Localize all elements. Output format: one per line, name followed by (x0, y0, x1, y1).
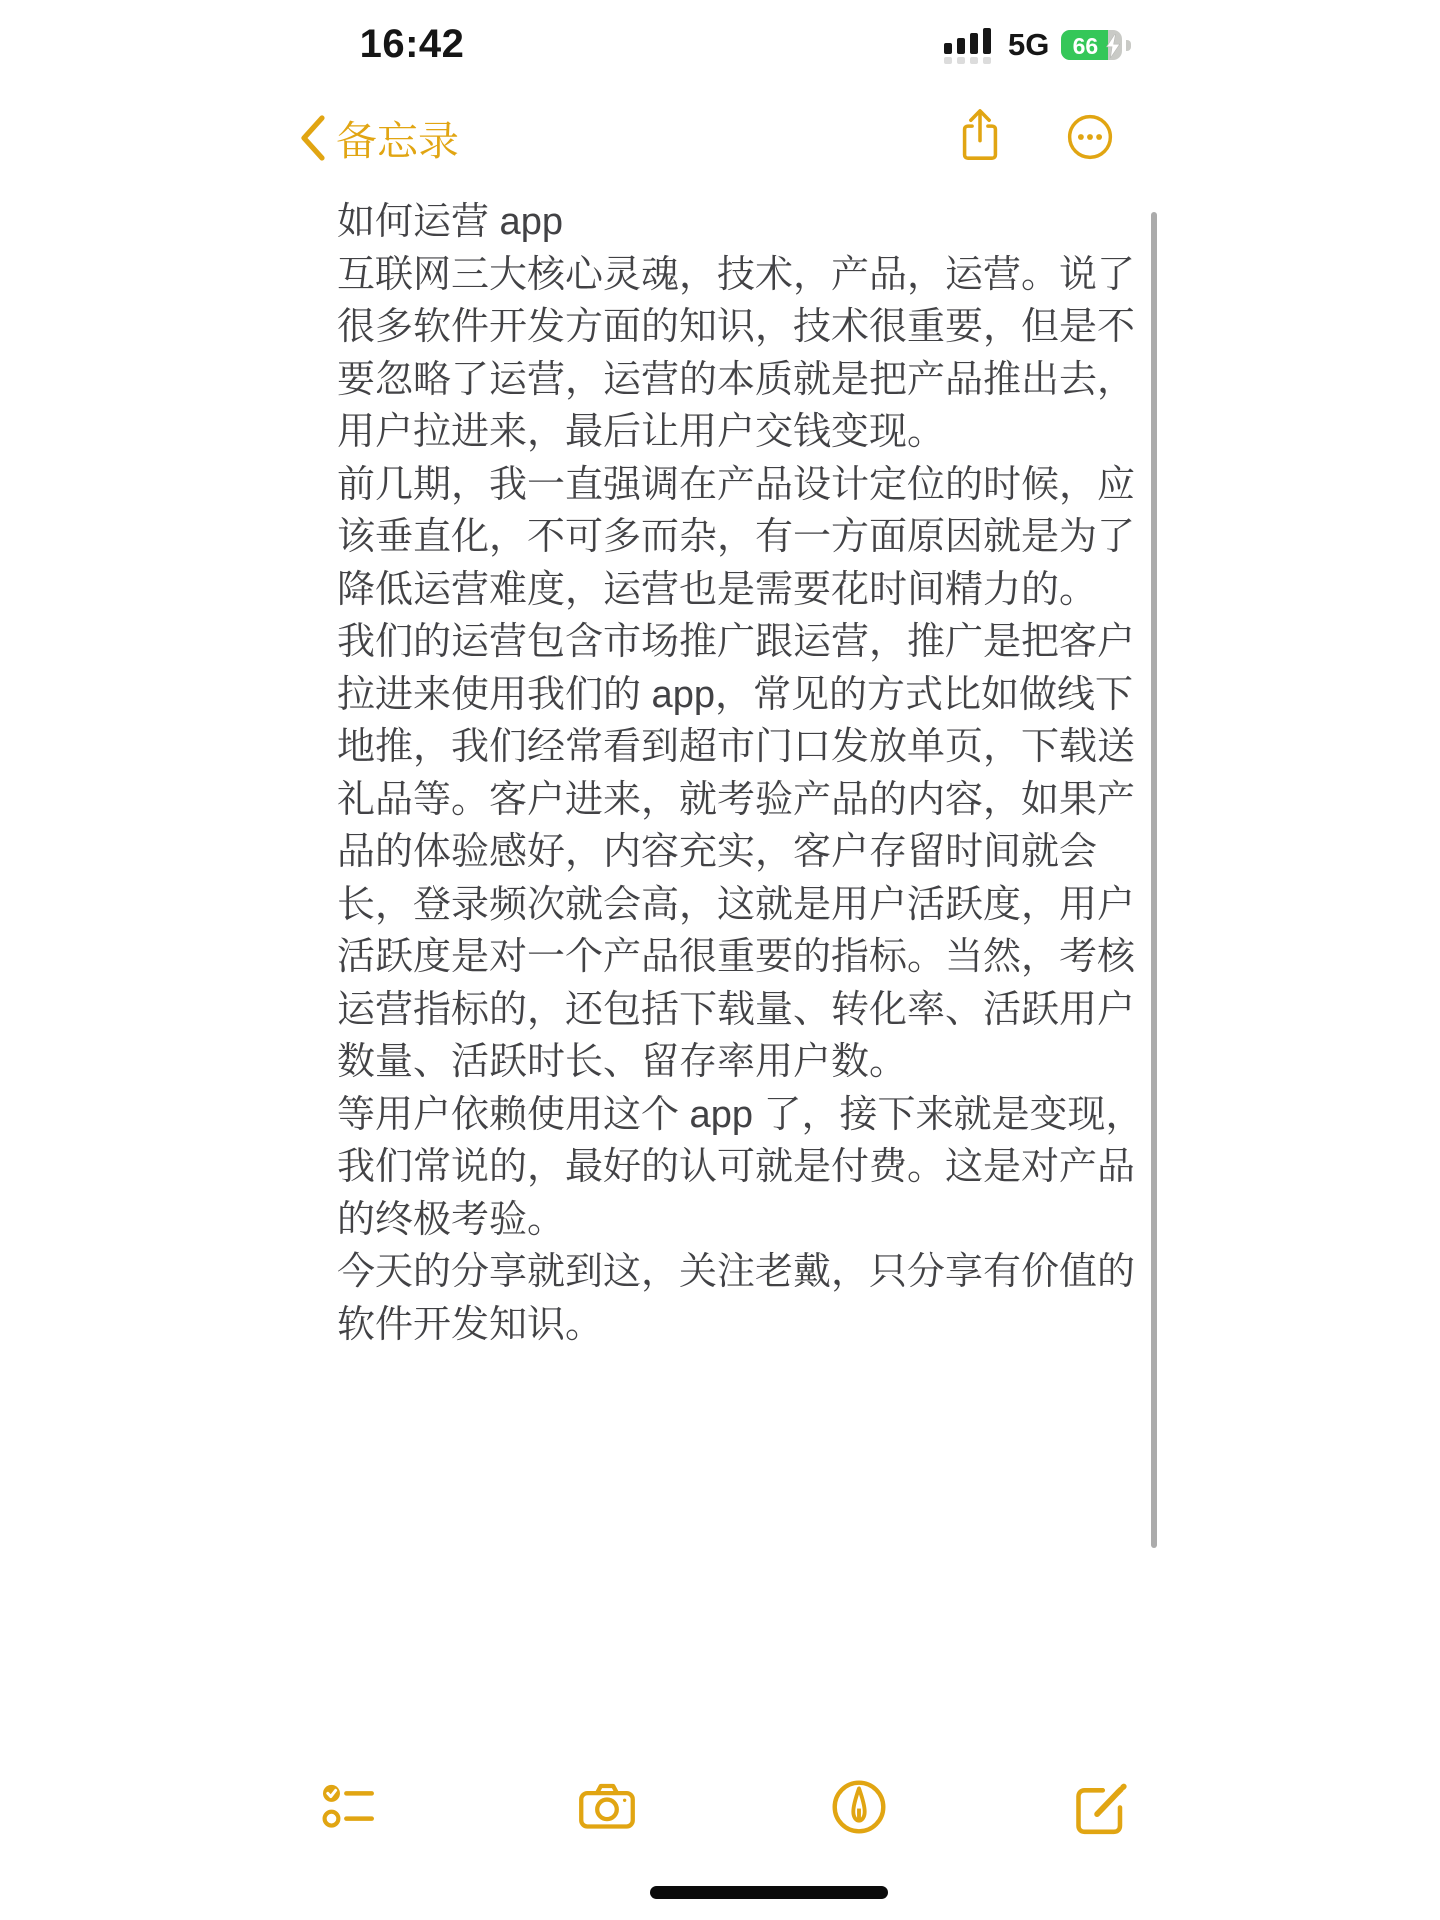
note-line: 降低运营难度，运营也是需要花时间精力的。 (337, 564, 1147, 617)
checklist-icon (320, 1777, 382, 1835)
camera-icon (576, 1779, 638, 1833)
network-type-label: 5G (1008, 27, 1049, 63)
note-line: 拉进来使用我们的 app，常见的方式比如做线下 (337, 669, 1147, 722)
scrollbar[interactable] (1151, 212, 1157, 1548)
markup-button[interactable] (828, 1776, 890, 1838)
back-button[interactable]: 备忘录 (300, 108, 459, 167)
status-time: 16:42 (352, 22, 472, 67)
compose-button[interactable] (1068, 1776, 1130, 1838)
note-line: 等用户依赖使用这个 app 了，接下来就是变现， (337, 1089, 1147, 1142)
markup-pen-icon (828, 1776, 890, 1838)
camera-button[interactable] (576, 1776, 638, 1838)
note-line: 数量、活跃时长、留存率用户数。 (337, 1036, 1147, 1089)
note-body[interactable]: 如何运营 app 互联网三大核心灵魂，技术，产品，运营。说了很多软件开发方面的知… (337, 196, 1147, 1351)
notes-app-screen: 16:42 5G 66 备忘录 (0, 0, 1440, 1920)
note-line: 长，登录频次就会高，这就是用户活跃度，用户 (337, 879, 1147, 932)
cellular-signal-icon (944, 26, 996, 64)
note-line: 运营指标的，还包括下载量、转化率、活跃用户 (337, 984, 1147, 1037)
note-line: 品的体验感好，内容充实，客户存留时间就会 (337, 826, 1147, 879)
home-indicator[interactable] (650, 1886, 888, 1899)
note-line: 的终极考验。 (337, 1194, 1147, 1247)
note-line: 用户拉进来，最后让用户交钱变现。 (337, 406, 1147, 459)
share-button[interactable] (952, 104, 1008, 166)
note-text: 互联网三大核心灵魂，技术，产品，运营。说了很多软件开发方面的知识，技术很重要，但… (337, 249, 1147, 1352)
more-options-button[interactable] (1062, 110, 1118, 166)
note-line: 我们常说的，最好的认可就是付费。这是对产品 (337, 1141, 1147, 1194)
note-line: 活跃度是对一个产品很重要的指标。当然，考核 (337, 931, 1147, 984)
back-label: 备忘录 (336, 108, 459, 167)
note-line: 要忽略了运营，运营的本质就是把产品推出去， (337, 354, 1147, 407)
note-line: 很多软件开发方面的知识，技术很重要，但是不 (337, 301, 1147, 354)
note-line: 今天的分享就到这，关注老戴，只分享有价值的 (337, 1246, 1147, 1299)
note-line: 地推，我们经常看到超市门口发放单页，下载送 (337, 721, 1147, 774)
charging-bolt-icon (1105, 34, 1121, 58)
status-bar-right: 5G 66 (944, 26, 1131, 64)
compose-icon (1068, 1776, 1130, 1838)
battery-icon: 66 (1061, 29, 1131, 61)
share-icon (955, 104, 1005, 164)
note-line: 互联网三大核心灵魂，技术，产品，运营。说了 (337, 249, 1147, 302)
note-line: 我们的运营包含市场推广跟运营，推广是把客户 (337, 616, 1147, 669)
note-title: 如何运营 app (337, 196, 1147, 249)
note-line: 软件开发知识。 (337, 1299, 1147, 1352)
ellipsis-circle-icon (1064, 111, 1116, 163)
battery-percent: 66 (1066, 33, 1104, 60)
note-line: 该垂直化，不可多而杂，有一方面原因就是为了 (337, 511, 1147, 564)
note-line: 礼品等。客户进来，就考验产品的内容，如果产 (337, 774, 1147, 827)
note-line: 前几期，我一直强调在产品设计定位的时候，应 (337, 459, 1147, 512)
checklist-button[interactable] (320, 1776, 382, 1838)
chevron-left-icon (300, 115, 326, 161)
